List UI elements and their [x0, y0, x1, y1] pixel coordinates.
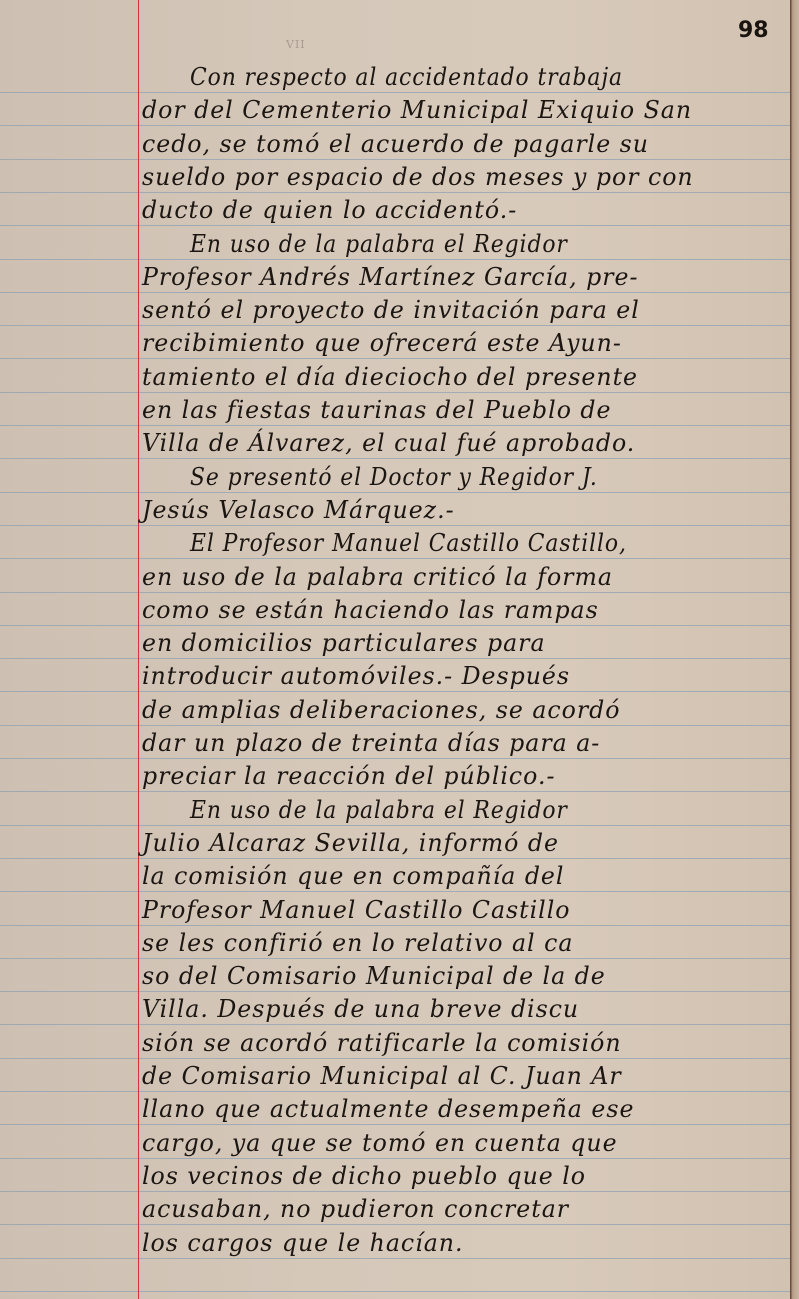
text-line: Profesor Andrés Martínez García, pre- — [142, 262, 782, 292]
rule-line — [0, 392, 790, 393]
text-line: Villa de Álvarez, el cual fué aprobado. — [142, 428, 782, 458]
rule-line — [0, 458, 790, 459]
text-line: cargo, ya que se tomó en cuenta que — [142, 1128, 782, 1158]
rule-line — [0, 1158, 790, 1159]
rule-line — [0, 1058, 790, 1059]
text-line: tamiento el día dieciocho del presente — [142, 362, 782, 392]
text-line: sentó el proyecto de invitación para el — [142, 295, 782, 325]
text-line: El Profesor Manuel Castillo Castillo, — [190, 528, 782, 558]
text-line: como se están haciendo las rampas — [142, 595, 782, 625]
text-line: los cargos que le hacían. — [142, 1228, 782, 1258]
text-line: en uso de la palabra criticó la forma — [142, 562, 782, 592]
text-line: en las fiestas taurinas del Pueblo de — [142, 395, 782, 425]
margin-line — [138, 0, 139, 1299]
rule-line — [0, 758, 790, 759]
rule-line — [0, 425, 790, 426]
text-line: se les confirió en lo relativo al ca — [142, 928, 782, 958]
text-line: Julio Alcaraz Sevilla, informó de — [142, 828, 782, 858]
text-line: de Comisario Municipal al C. Juan Ar — [142, 1061, 782, 1091]
faint-stamp-mark: VII — [286, 38, 306, 51]
rule-line — [0, 625, 790, 626]
text-line: la comisión que en compañía del — [142, 861, 782, 891]
rule-line — [0, 691, 790, 692]
text-line: ducto de quien lo accidentó.- — [142, 195, 782, 225]
ledger-page: VII 98 Con respecto al accidentado traba… — [0, 0, 790, 1299]
rule-line — [0, 891, 790, 892]
text-line: sión se acordó ratificarle la comisión — [142, 1028, 782, 1058]
text-line: En uso de la palabra el Regidor — [190, 229, 782, 259]
rule-line — [0, 991, 790, 992]
rule-line — [0, 1191, 790, 1192]
rule-line — [0, 1024, 790, 1025]
text-line: preciar la reacción del público.- — [142, 761, 782, 791]
rule-line — [0, 1224, 790, 1225]
rule-line — [0, 125, 790, 126]
rule-line — [0, 492, 790, 493]
rule-line — [0, 858, 790, 859]
page-number: 98 — [738, 18, 769, 43]
text-line: so del Comisario Municipal de la de — [142, 961, 782, 991]
rule-line — [0, 1258, 790, 1259]
rule-line — [0, 958, 790, 959]
rule-line — [0, 725, 790, 726]
text-line: Con respecto al accidentado trabaja — [190, 62, 782, 92]
text-line: cedo, se tomó el acuerdo de pagarle su — [142, 129, 782, 159]
rule-line — [0, 1091, 790, 1092]
text-line: Villa. Después de una breve discu — [142, 994, 782, 1024]
rule-line — [0, 192, 790, 193]
text-line: dor del Cementerio Municipal Exiquio San — [142, 95, 782, 125]
text-line: En uso de la palabra el Regidor — [190, 795, 782, 825]
page-edge — [790, 0, 799, 1299]
text-line: Se presentó el Doctor y Regidor J. — [190, 462, 782, 492]
rule-line — [0, 525, 790, 526]
rule-line — [0, 1124, 790, 1125]
text-line: en domicilios particulares para — [142, 628, 782, 658]
rule-line — [0, 658, 790, 659]
text-line: los vecinos de dicho pueblo que lo — [142, 1161, 782, 1191]
rule-line — [0, 592, 790, 593]
text-line: llano que actualmente desempeña ese — [142, 1094, 782, 1124]
text-line: introducir automóviles.- Después — [142, 661, 782, 691]
rule-line — [0, 225, 790, 226]
rule-line — [0, 92, 790, 93]
text-line: acusaban, no pudieron concretar — [142, 1194, 782, 1224]
rule-line — [0, 825, 790, 826]
rule-line — [0, 925, 790, 926]
rule-line — [0, 791, 790, 792]
rule-line — [0, 259, 790, 260]
text-line: dar un plazo de treinta días para a- — [142, 728, 782, 758]
text-line: Jesús Velasco Márquez.- — [142, 495, 782, 525]
rule-line — [0, 358, 790, 359]
text-line: Profesor Manuel Castillo Castillo — [142, 895, 782, 925]
text-line: de amplias deliberaciones, se acordó — [142, 695, 782, 725]
rule-line — [0, 1291, 790, 1292]
rule-line — [0, 558, 790, 559]
rule-line — [0, 292, 790, 293]
text-line: sueldo por espacio de dos meses y por co… — [142, 162, 782, 192]
rule-line — [0, 325, 790, 326]
text-line: recibimiento que ofrecerá este Ayun- — [142, 328, 782, 358]
rule-line — [0, 159, 790, 160]
